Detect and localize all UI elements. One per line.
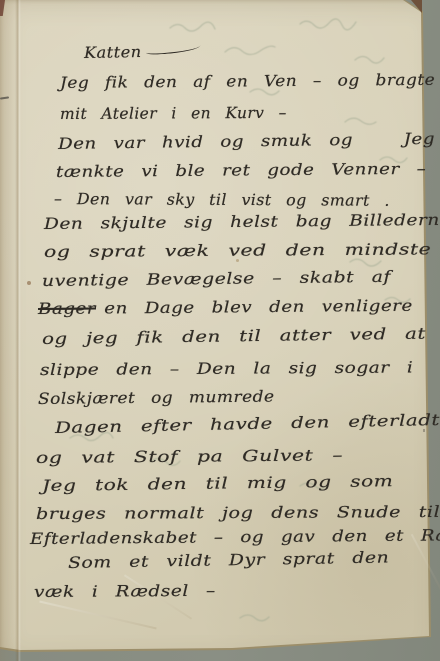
handwriting-line: tænkte vi ble ret gode Venner – bbox=[56, 160, 426, 181]
pen-flourish bbox=[145, 43, 200, 56]
handwriting-line: – Den var sky til vist og smart . bbox=[54, 190, 390, 210]
handwriting-line: bruges normalt jog dens Snude til bbox=[36, 503, 440, 523]
struck-out-word: Bager bbox=[38, 299, 96, 318]
handwriting-line: og sprat væk ved den mindste bbox=[44, 240, 431, 261]
handwriting-line: Solskjæret og mumrede bbox=[38, 388, 275, 408]
handwriting-line: mit Atelier i en Kurv – bbox=[60, 104, 287, 123]
handwriting-line: væk i Rædsel – bbox=[34, 582, 216, 601]
handwriting-line: og vat Stof pa Gulvet – bbox=[36, 446, 343, 467]
handwriting-line: slippe den – Den la sig sogar i bbox=[40, 358, 413, 379]
handwriting-line: Jeg fik den af en Ven – og bragte til bbox=[60, 70, 440, 92]
handwriting-line: Katten bbox=[84, 42, 201, 62]
handwriting-line: Efterladenskabet – og gav den et Rap bbox=[30, 526, 440, 548]
handwriting-line: Bageren Dage blev den venligere bbox=[38, 297, 413, 318]
manuscript-scan: KattenJeg fik den af en Ven – og bragte … bbox=[0, 0, 440, 661]
